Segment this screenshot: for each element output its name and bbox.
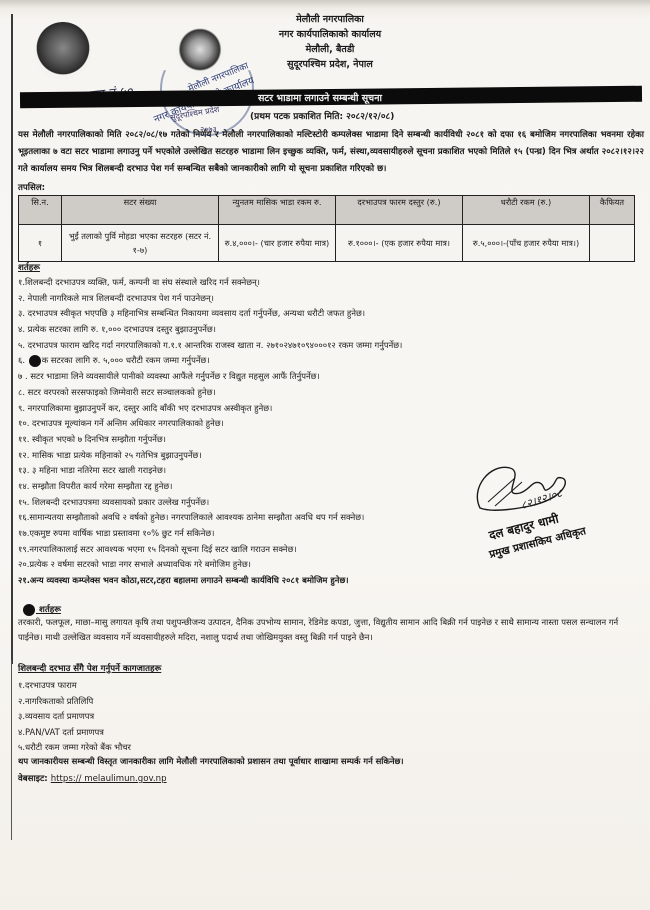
contact-info: थप जानकारीयस सम्बन्धी विस्तृत जानकारीका …	[18, 756, 404, 767]
redaction-mark	[29, 355, 41, 367]
list-item: १.शिलबन्दी दरभाउपत्र व्यक्ति, फर्म, कम्प…	[18, 275, 402, 291]
col-min-rent: न्युनतम मासिक भाडा रकम रु.	[219, 196, 336, 225]
list-item: ४. प्रत्येक सटरका लागि रु. १,००० दरभाउपत…	[18, 322, 402, 338]
cell-form-fee: रु.१०००।- (एक हजार रुपैया मात्र।	[336, 225, 463, 262]
letterhead: मेलौली नगरपालिका नगर कार्यपालिकाको कार्य…	[270, 12, 390, 72]
list-item: २०.प्रत्येक २ वर्षमा सटरको भाडा नगर सभाल…	[18, 557, 402, 573]
conditions-title: शर्तहरू	[18, 261, 40, 273]
col-deposit: धरौटी रकम (रु.)	[463, 196, 590, 225]
other-conditions-title: शर्तहरू	[22, 603, 61, 616]
list-item: २१.अन्य व्यवस्था कम्प्लेक्स भवन कोठा,सटर…	[18, 573, 402, 589]
website-label: वेबसाइट:	[18, 774, 48, 784]
cell-remarks	[590, 225, 635, 262]
page-border	[11, 14, 13, 664]
website-line: वेबसाइट: https:// melaulimun.gov.np	[18, 772, 167, 784]
other-conditions-text: तरकारी, फलफूल, माछा–मासु लगायत कृषि तथा …	[18, 615, 644, 645]
cell-sn: १	[19, 225, 62, 262]
list-item: ९. नगरपालिकामा बुझाउनुपर्ने कर, दस्तुर आ…	[18, 401, 402, 417]
office-location: मेलौली, बैतडी	[270, 42, 390, 57]
notice-title: सटर भाडामा लगाउने सम्बन्धी सूचना	[258, 91, 382, 104]
list-item: २.नागरिकताको प्रतिलिपि	[18, 694, 131, 710]
cell-deposit: रु.५,०००।-(पाँच हजार रुपैया मात्र।)	[463, 225, 590, 262]
documents-title: शिलबन्दी दरभाउ सँगै पेश गर्नुपर्ने कागजा…	[18, 662, 161, 674]
list-item: १०. दरभाउपत्र मूल्यांकन गर्ने अन्तिम अधि…	[18, 416, 402, 432]
cell-shutter: भुईं तलाको पुर्वि मोहडा भएका सटरहरु (सटर…	[62, 225, 219, 262]
office-name: नगर कार्यपालिकाको कार्यालय	[270, 27, 390, 42]
list-item: ३.व्यवसाय दर्ता प्रमाणपत्र	[18, 709, 131, 725]
list-item: १९.नगरपालिकालाई सटर आवश्यक भएमा १५ दिनको…	[18, 542, 402, 558]
notice-body: यस मेलौली नगरपालिकाको मिति २०८२/०८/१७ गत…	[18, 127, 644, 178]
list-item: ५. दरभाउपत्र फाराम खरिद गर्दा नगरपालिकाक…	[18, 338, 402, 354]
list-item: ७ . सटर भाडामा लिने व्यवसायीले पानीको व्…	[18, 369, 402, 385]
col-shutter: सटर संख्या	[62, 196, 219, 225]
documents-list: १.दरभाउपत्र फाराम २.नागरिकताको प्रतिलिपि…	[18, 678, 131, 756]
conditions-list: १.शिलबन्दी दरभाउपत्र व्यक्ति, फर्म, कम्प…	[18, 275, 402, 589]
list-item: १.दरभाउपत्र फाराम	[18, 678, 131, 694]
page-border	[11, 660, 12, 840]
list-item: ६. क सटरका लागि रु. ५,००० धरौटी रकम जम्म…	[18, 353, 402, 369]
list-item: ११. स्वीकृत भएको ७ दिनभित्र सम्झौता गर्न…	[18, 432, 402, 448]
list-item: ५.धरौटी रकम जम्मा गरेको बैंक भौचर	[18, 740, 131, 756]
list-item: ८. सटर वरपरको सरसफाइको जिम्मेवारी सटर सञ…	[18, 385, 402, 401]
list-item: १५. शिलबन्दी दरभाउपत्रमा व्यवसायको प्रका…	[18, 495, 402, 511]
list-item: १४. सम्झौता विपरीत कार्य गरेमा सम्झौता र…	[18, 479, 402, 495]
list-item: ३. दरभाउपत्र स्वीकृत भएपछि ३ महिनाभित्र …	[18, 306, 402, 322]
details-label: तपसिल:	[18, 181, 45, 193]
website-link[interactable]: https:// melaulimun.gov.np	[51, 774, 167, 784]
col-remarks: कैफियत	[590, 196, 635, 225]
shutter-details-table: सि.न. सटर संख्या न्युनतम मासिक भाडा रकम …	[18, 195, 635, 262]
publication-date: (प्रथम पटक प्रकाशित मिति: २०८२/१२/०८)	[250, 109, 394, 122]
list-item: १६.सामान्यतया सम्झौताको अवधि २ वर्षको हु…	[18, 510, 402, 526]
col-sn: सि.न.	[19, 196, 62, 225]
cell-min-rent: रु.४,०००।- (चार हजार रुपैया मात्र)	[219, 225, 336, 262]
col-form-fee: दरभाउपत्र फारम दस्तुर (रु.)	[336, 196, 463, 225]
table-row: १ भुईं तलाको पुर्वि मोहडा भएका सटरहरु (स…	[19, 225, 635, 262]
nepal-emblem-icon	[34, 22, 92, 80]
list-item: २. नेपाली नागरिकले मात्र शिलबन्दी दरभाउप…	[18, 291, 402, 307]
table-header-row: सि.न. सटर संख्या न्युनतम मासिक भाडा रकम …	[19, 196, 635, 225]
list-item: १३. ३ महिना भाडा नतिरेमा सटर खाली गराइने…	[18, 463, 402, 479]
list-item: ४.PAN/VAT दर्ता प्रमाणपत्र	[18, 725, 131, 741]
redaction-mark	[23, 604, 35, 616]
list-item: १२. मासिक भाडा प्रत्येक महिनाको २५ गतेभि…	[18, 448, 402, 464]
list-item: १७.एकमुष्ट रुपमा वार्षिक भाडा प्रस्तावमा…	[18, 526, 402, 542]
office-province: सुदूरपश्चिम प्रदेश, नेपाल	[270, 57, 390, 72]
notice-document: मेलौली नगरपालिका नगर कार्यपालिकाको कार्य…	[0, 0, 650, 910]
municipality-name: मेलौली नगरपालिका	[270, 12, 390, 27]
